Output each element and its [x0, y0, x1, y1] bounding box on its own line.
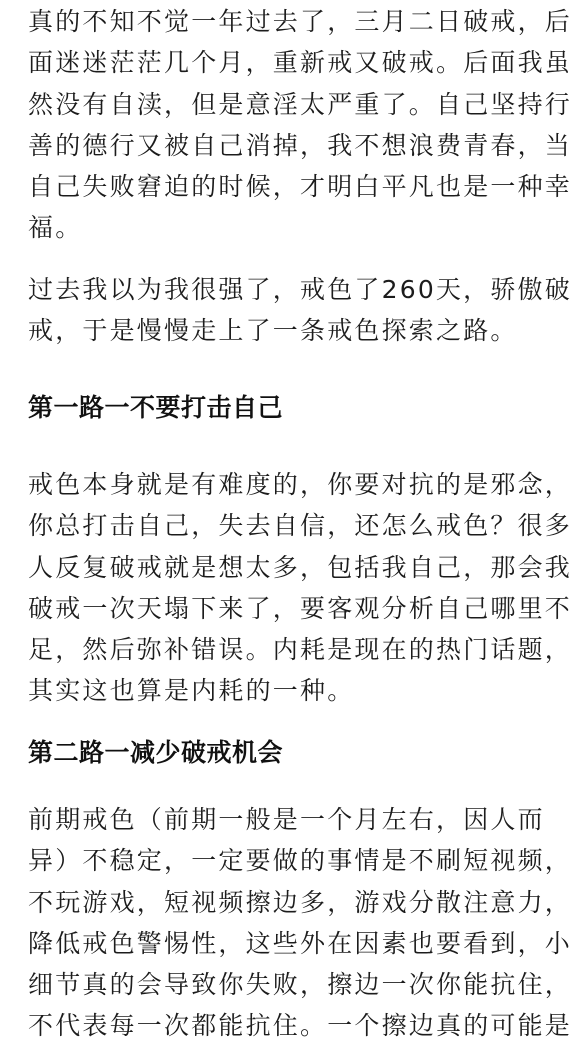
text-line: 戒色本身就是有难度的，你要对抗的是邪念， [28, 464, 572, 505]
paragraph-second-road: 前期戒色（前期一般是一个月左右，因人而 异）不稳定，一定要做的事情是不刷短视频，… [28, 799, 572, 1047]
text-line: 过去我以为我很强了，戒色了260天，骄傲破 [28, 269, 572, 310]
text-line: 你总打击自己，失去自信，还怎么戒色？很多 [28, 505, 572, 546]
paragraph-first-road: 戒色本身就是有难度的，你要对抗的是邪念， 你总打击自己，失去自信，还怎么戒色？很… [28, 464, 572, 712]
text-line: 善的德行又被自己消掉，我不想浪费青春，当 [28, 125, 572, 166]
text-line: 福。 [28, 207, 572, 248]
text-line: 降低戒色警惕性，这些外在因素也要看到，小 [28, 923, 572, 964]
text-line: 自己失败窘迫的时候，才明白平凡也是一种幸 [28, 166, 572, 207]
section-heading-first-road: 第一路一不要打击自己 [28, 387, 283, 428]
text-line: 细节真的会导致你失败，擦边一次你能抗住， [28, 964, 572, 1005]
text-line: 破戒一次天塌下来了，要客观分析自己哪里不 [28, 588, 572, 629]
section-heading-second-road: 第二路一减少破戒机会 [28, 732, 283, 773]
text-line: 异）不稳定，一定要做的事情是不刷短视频， [28, 840, 572, 881]
paragraph-past: 过去我以为我很强了，戒色了260天，骄傲破 戒，于是慢慢走上了一条戒色探索之路。 [28, 269, 572, 352]
text-line: 然没有自渎，但是意淫太严重了。自己坚持行 [28, 84, 572, 125]
text-line: 戒，于是慢慢走上了一条戒色探索之路。 [28, 310, 572, 351]
text-line: 其实这也算是内耗的一种。 [28, 670, 572, 711]
paragraph-intro: 真的不知不觉一年过去了，三月二日破戒，后 面迷迷茫茫几个月，重新戒又破戒。后面我… [28, 1, 572, 249]
text-line: 不玩游戏，短视频擦边多，游戏分散注意力， [28, 882, 572, 923]
text-line: 前期戒色（前期一般是一个月左右，因人而 [28, 799, 572, 840]
text-line: 足，然后弥补错误。内耗是现在的热门话题， [28, 629, 572, 670]
text-line: 不代表每一次都能抗住。一个擦边真的可能是 [28, 1005, 572, 1046]
text-line: 面迷迷茫茫几个月，重新戒又破戒。后面我虽 [28, 42, 572, 83]
text-line: 人反复破戒就是想太多，包括我自己，那会我 [28, 547, 572, 588]
text-line: 真的不知不觉一年过去了，三月二日破戒，后 [28, 1, 572, 42]
